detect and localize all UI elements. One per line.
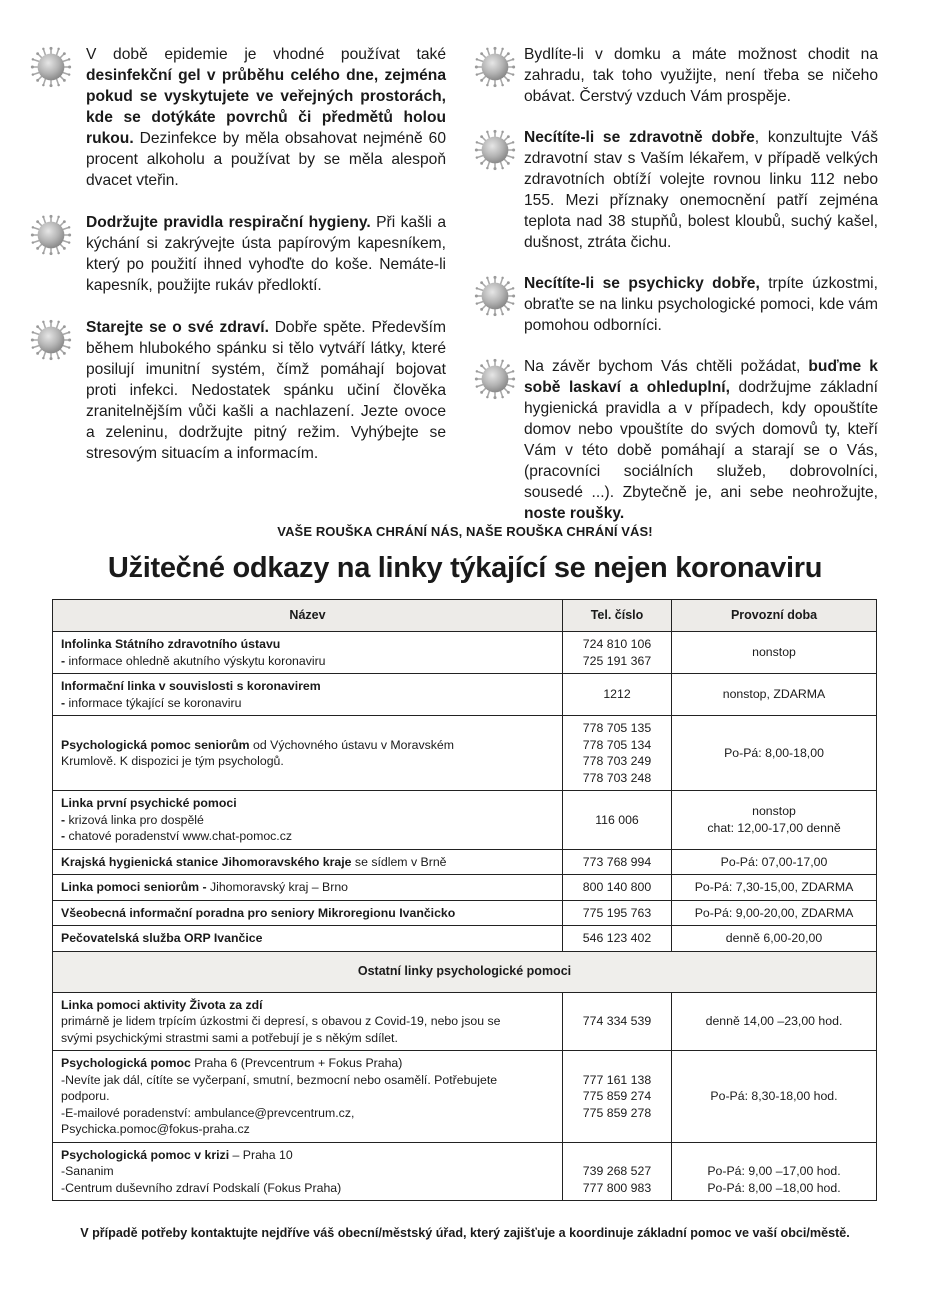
bold-text: Pečovatelská služba ORP Ivančice — [61, 931, 262, 945]
bold-text: - — [61, 813, 69, 827]
cell-tel: 778 705 135778 705 134778 703 249778 703… — [563, 716, 672, 791]
section-header-row: Ostatní linky psychologické pomoci — [53, 951, 877, 992]
hours-text: denně 6,00-20,00 — [680, 930, 868, 947]
table-row: Linka pomoci aktivity Života za zdíprimá… — [53, 992, 877, 1051]
bold-text: Informační linka v souvislosti s koronav… — [61, 679, 321, 693]
table-row: Psychologická pomoc seniorům od Výchovné… — [53, 716, 877, 791]
column-header-name: Název — [53, 600, 563, 632]
table-row: Linka pomoci seniorům - Jihomoravský kra… — [53, 875, 877, 901]
table-row: Pečovatelská služba ORP Ivančice546 123 … — [53, 926, 877, 952]
hours-text: chat: 12,00-17,00 denně — [680, 820, 868, 837]
bold-text: Infolinka Státního zdravotního ústavu — [61, 637, 280, 651]
cell-name: Krajská hygienická stanice Jihomoravskéh… — [53, 849, 563, 875]
bold-text: Linka pomoci aktivity Života za zdí — [61, 998, 263, 1012]
bold-text: Všeobecná informační poradna pro seniory… — [61, 906, 455, 920]
phone-number: 773 768 994 — [571, 854, 663, 871]
table-row: Krajská hygienická stanice Jihomoravskéh… — [53, 849, 877, 875]
cell-hours: Po-Pá: 8,30-18,00 hod. — [672, 1051, 877, 1143]
text: Praha 6 (Prevcentrum + Fokus Praha) — [191, 1056, 403, 1070]
phone-number: 800 140 800 — [571, 879, 663, 896]
hours-text: Po-Pá: 7,30-15,00, ZDARMA — [680, 879, 868, 896]
tip-text: Necítíte-li se psychicky dobře, trpíte ú… — [524, 273, 878, 336]
text: informace týkající se koronaviru — [69, 696, 242, 710]
slogan: VAŠE ROUŠKA CHRÁNÍ NÁS, NAŠE ROUŠKA CHRÁ… — [0, 524, 930, 539]
name-line: Psychicka.pomoc@fokus-praha.cz — [61, 1121, 554, 1138]
tip-text: Dodržujte pravidla respirační hygieny. P… — [86, 212, 446, 296]
cell-hours: Po-Pá: 07,00-17,00 — [672, 849, 877, 875]
hours-text: nonstop — [680, 644, 868, 661]
tip-text: Na závěr bychom Vás chtěli požádat, buďm… — [524, 356, 878, 524]
name-line: Všeobecná informační poradna pro seniory… — [61, 905, 554, 922]
tip-item: Necítíte-li se psychicky dobře, trpíte ú… — [474, 273, 878, 336]
name-line: Pečovatelská služba ORP Ivančice — [61, 930, 554, 947]
hours-text: nonstop — [680, 803, 868, 820]
virus-icon — [30, 319, 72, 361]
tip-item: Starejte se o své zdraví. Dobře spěte. P… — [30, 317, 446, 464]
tip-item: Na závěr bychom Vás chtěli požádat, buďm… — [474, 356, 878, 524]
hours-text — [680, 1147, 868, 1164]
tip-text: Starejte se o své zdraví. Dobře spěte. P… — [86, 317, 446, 464]
name-line: Krumlově. K dispozici je tým psychologů. — [61, 753, 554, 770]
tips-right-column: Bydlíte-li v domku a máte možnost chodit… — [474, 44, 878, 544]
cell-name: Psychologická pomoc v krizi – Praha 10-S… — [53, 1142, 563, 1201]
text: V době epidemie je vhodné používat také — [86, 46, 446, 63]
phone-number: 725 191 367 — [571, 653, 663, 670]
helplines-table: Název Tel. číslo Provozní doba Infolinka… — [52, 599, 877, 1201]
cell-name: Psychologická pomoc seniorům od Výchovné… — [53, 716, 563, 791]
text: chatové poradenství www.chat-pomoc.cz — [69, 829, 293, 843]
table-row: Všeobecná informační poradna pro seniory… — [53, 900, 877, 926]
text: svými psychickými strastmi sami a potřeb… — [61, 1031, 398, 1045]
virus-icon — [474, 275, 516, 317]
name-line: Infolinka Státního zdravotního ústavu — [61, 636, 554, 653]
cell-name: Linka první psychické pomoci- krizová li… — [53, 791, 563, 850]
hours-text: Po-Pá: 9,00 –17,00 hod. — [680, 1163, 868, 1180]
name-line: primárně je lidem trpícím úzkostmi či de… — [61, 1013, 554, 1030]
text: – Praha 10 — [229, 1148, 293, 1162]
hours-text: Po-Pá: 9,00-20,00, ZDARMA — [680, 905, 868, 922]
table-row: Psychologická pomoc Praha 6 (Prevcentrum… — [53, 1051, 877, 1143]
tip-text: Bydlíte-li v domku a máte možnost chodit… — [524, 44, 878, 107]
phone-number: 724 810 106 — [571, 636, 663, 653]
tip-text: V době epidemie je vhodné používat také … — [86, 44, 446, 191]
virus-icon — [474, 358, 516, 400]
cell-tel: 774 334 539 — [563, 992, 672, 1051]
phone-number: 774 334 539 — [571, 1013, 663, 1030]
name-line: - krizová linka pro dospělé — [61, 812, 554, 829]
name-line: Informační linka v souvislosti s koronav… — [61, 678, 554, 695]
cell-name: Všeobecná informační poradna pro seniory… — [53, 900, 563, 926]
table-header-row: Název Tel. číslo Provozní doba — [53, 600, 877, 632]
name-line: Psychologická pomoc Praha 6 (Prevcentrum… — [61, 1055, 554, 1072]
virus-icon — [474, 46, 516, 88]
tip-item: Bydlíte-li v domku a máte možnost chodit… — [474, 44, 878, 107]
cell-tel: 777 161 138775 859 274775 859 278 — [563, 1051, 672, 1143]
name-line: podporu. — [61, 1088, 554, 1105]
bold-text: Necítíte-li se psychicky dobře, — [524, 275, 760, 292]
bold-text: Dodržujte pravidla respirační hygieny. — [86, 214, 371, 231]
cell-tel: 546 123 402 — [563, 926, 672, 952]
cell-tel: 773 768 994 — [563, 849, 672, 875]
phone-number: 778 705 135 — [571, 720, 663, 737]
cell-hours: nonstop — [672, 632, 877, 674]
text: -Nevíte jak dál, cítíte se vyčerpaní, sm… — [61, 1073, 497, 1087]
text: primárně je lidem trpícím úzkostmi či de… — [61, 1014, 500, 1028]
tip-item: Dodržujte pravidla respirační hygieny. P… — [30, 212, 446, 296]
text: -Centrum duševního zdraví Podskalí (Foku… — [61, 1181, 341, 1195]
phone-number: 739 268 527 — [571, 1163, 663, 1180]
cell-tel: 775 195 763 — [563, 900, 672, 926]
text: informace ohledně akutního výskytu koron… — [69, 654, 326, 668]
bold-text: - — [61, 696, 69, 710]
cell-tel: 739 268 527777 800 983 — [563, 1142, 672, 1201]
cell-name: Psychologická pomoc Praha 6 (Prevcentrum… — [53, 1051, 563, 1143]
text: , konzultujte Váš zdravotní stav s Vaším… — [524, 129, 878, 251]
hours-text: Po-Pá: 07,00-17,00 — [680, 854, 868, 871]
phone-number: 1212 — [571, 686, 663, 703]
cell-tel: 1212 — [563, 674, 672, 716]
bold-text: Psychologická pomoc v krizi — [61, 1148, 229, 1162]
name-line: - informace týkající se koronaviru — [61, 695, 554, 712]
column-header-hours: Provozní doba — [672, 600, 877, 632]
cell-tel: 724 810 106725 191 367 — [563, 632, 672, 674]
text: Krumlově. K dispozici je tým psychologů. — [61, 754, 284, 768]
bold-text: - — [61, 829, 69, 843]
text: Na závěr bychom Vás chtěli požádat, — [524, 358, 808, 375]
cell-hours: Po-Pá: 8,00-18,00 — [672, 716, 877, 791]
phone-number: 546 123 402 — [571, 930, 663, 947]
cell-hours: nonstop, ZDARMA — [672, 674, 877, 716]
bold-text: Linka pomoci seniorům - — [61, 880, 210, 894]
cell-name: Linka pomoci seniorům - Jihomoravský kra… — [53, 875, 563, 901]
virus-icon — [30, 214, 72, 256]
table-row: Linka první psychické pomoci- krizová li… — [53, 791, 877, 850]
table-row: Infolinka Státního zdravotního ústavu- i… — [53, 632, 877, 674]
text: -Sananim — [61, 1164, 114, 1178]
cell-hours: Po-Pá: 9,00 –17,00 hod.Po-Pá: 8,00 –18,0… — [672, 1142, 877, 1201]
bold-text: noste roušky. — [524, 505, 624, 522]
page-title: Užitečné odkazy na linky týkající se nej… — [0, 552, 930, 585]
cell-hours: nonstopchat: 12,00-17,00 denně — [672, 791, 877, 850]
cell-hours: Po-Pá: 7,30-15,00, ZDARMA — [672, 875, 877, 901]
name-line: svými psychickými strastmi sami a potřeb… — [61, 1030, 554, 1047]
text: Bydlíte-li v domku a máte možnost chodit… — [524, 46, 878, 105]
text: se sídlem v Brně — [352, 855, 447, 869]
name-line: -Centrum duševního zdraví Podskalí (Foku… — [61, 1180, 554, 1197]
phone-number: 775 859 278 — [571, 1105, 663, 1122]
footer-note: V případě potřeby kontaktujte nejdříve v… — [0, 1226, 930, 1240]
column-header-tel: Tel. číslo — [563, 600, 672, 632]
text: Psychicka.pomoc@fokus-praha.cz — [61, 1122, 250, 1136]
name-line: Linka první psychické pomoci — [61, 795, 554, 812]
tip-item: V době epidemie je vhodné používat také … — [30, 44, 446, 191]
bold-text: Starejte se o své zdraví. — [86, 319, 269, 336]
bold-text: Linka první psychické pomoci — [61, 796, 237, 810]
bold-text: Psychologická pomoc seniorům — [61, 738, 250, 752]
phone-number: 777 161 138 — [571, 1072, 663, 1089]
cell-hours: Po-Pá: 9,00-20,00, ZDARMA — [672, 900, 877, 926]
table-row: Informační linka v souvislosti s koronav… — [53, 674, 877, 716]
cell-hours: denně 14,00 –23,00 hod. — [672, 992, 877, 1051]
tip-text: Necítíte-li se zdravotně dobře, konzultu… — [524, 127, 878, 253]
name-line: Psychologická pomoc v krizi – Praha 10 — [61, 1147, 554, 1164]
phone-number: 775 859 274 — [571, 1088, 663, 1105]
tip-item: Necítíte-li se zdravotně dobře, konzultu… — [474, 127, 878, 253]
text: dodržujme základní hygienická pravidla a… — [524, 379, 878, 501]
phone-number: 778 703 249 — [571, 753, 663, 770]
cell-tel: 800 140 800 — [563, 875, 672, 901]
tips-left-column: V době epidemie je vhodné používat také … — [30, 44, 446, 485]
text: -E-mailové poradenství: ambulance@prevce… — [61, 1106, 354, 1120]
name-line: -Nevíte jak dál, cítíte se vyčerpaní, sm… — [61, 1072, 554, 1089]
name-line: Linka pomoci seniorům - Jihomoravský kra… — [61, 879, 554, 896]
name-line: -E-mailové poradenství: ambulance@prevce… — [61, 1105, 554, 1122]
name-line: Linka pomoci aktivity Života za zdí — [61, 997, 554, 1014]
section-title: Ostatní linky psychologické pomoci — [53, 951, 877, 992]
virus-icon — [30, 46, 72, 88]
cell-hours: denně 6,00-20,00 — [672, 926, 877, 952]
hours-text: Po-Pá: 8,30-18,00 hod. — [680, 1088, 868, 1105]
bold-text: Necítíte-li se zdravotně dobře — [524, 129, 755, 146]
hours-text: nonstop, ZDARMA — [680, 686, 868, 703]
text: od Výchovného ústavu v Moravském — [250, 738, 454, 752]
text: Dobře spěte. Především během hlubokého s… — [86, 319, 446, 462]
cell-name: Infolinka Státního zdravotního ústavu- i… — [53, 632, 563, 674]
cell-name: Informační linka v souvislosti s koronav… — [53, 674, 563, 716]
hours-text: denně 14,00 –23,00 hod. — [680, 1013, 868, 1030]
bold-text: - — [61, 654, 69, 668]
phone-number: 777 800 983 — [571, 1180, 663, 1197]
text: Dezinfekce by měla obsahovat nejméně 60 … — [86, 130, 446, 189]
name-line: Krajská hygienická stanice Jihomoravskéh… — [61, 854, 554, 871]
hours-text: Po-Pá: 8,00-18,00 — [680, 745, 868, 762]
text: krizová linka pro dospělé — [69, 813, 204, 827]
table-row: Psychologická pomoc v krizi – Praha 10-S… — [53, 1142, 877, 1201]
name-line: Psychologická pomoc seniorům od Výchovné… — [61, 737, 554, 754]
virus-icon — [474, 129, 516, 171]
phone-number: 775 195 763 — [571, 905, 663, 922]
bold-text: Krajská hygienická stanice Jihomoravskéh… — [61, 855, 352, 869]
hours-text: Po-Pá: 8,00 –18,00 hod. — [680, 1180, 868, 1197]
phone-number: 778 705 134 — [571, 737, 663, 754]
text: podporu. — [61, 1089, 110, 1103]
phone-number: 116 006 — [571, 812, 663, 829]
phone-number: 778 703 248 — [571, 770, 663, 787]
bold-text: Psychologická pomoc — [61, 1056, 191, 1070]
phone-number — [571, 1147, 663, 1164]
name-line: - chatové poradenství www.chat-pomoc.cz — [61, 828, 554, 845]
name-line: -Sananim — [61, 1163, 554, 1180]
cell-tel: 116 006 — [563, 791, 672, 850]
name-line: - informace ohledně akutního výskytu kor… — [61, 653, 554, 670]
cell-name: Pečovatelská služba ORP Ivančice — [53, 926, 563, 952]
text: Jihomoravský kraj – Brno — [210, 880, 348, 894]
cell-name: Linka pomoci aktivity Života za zdíprimá… — [53, 992, 563, 1051]
